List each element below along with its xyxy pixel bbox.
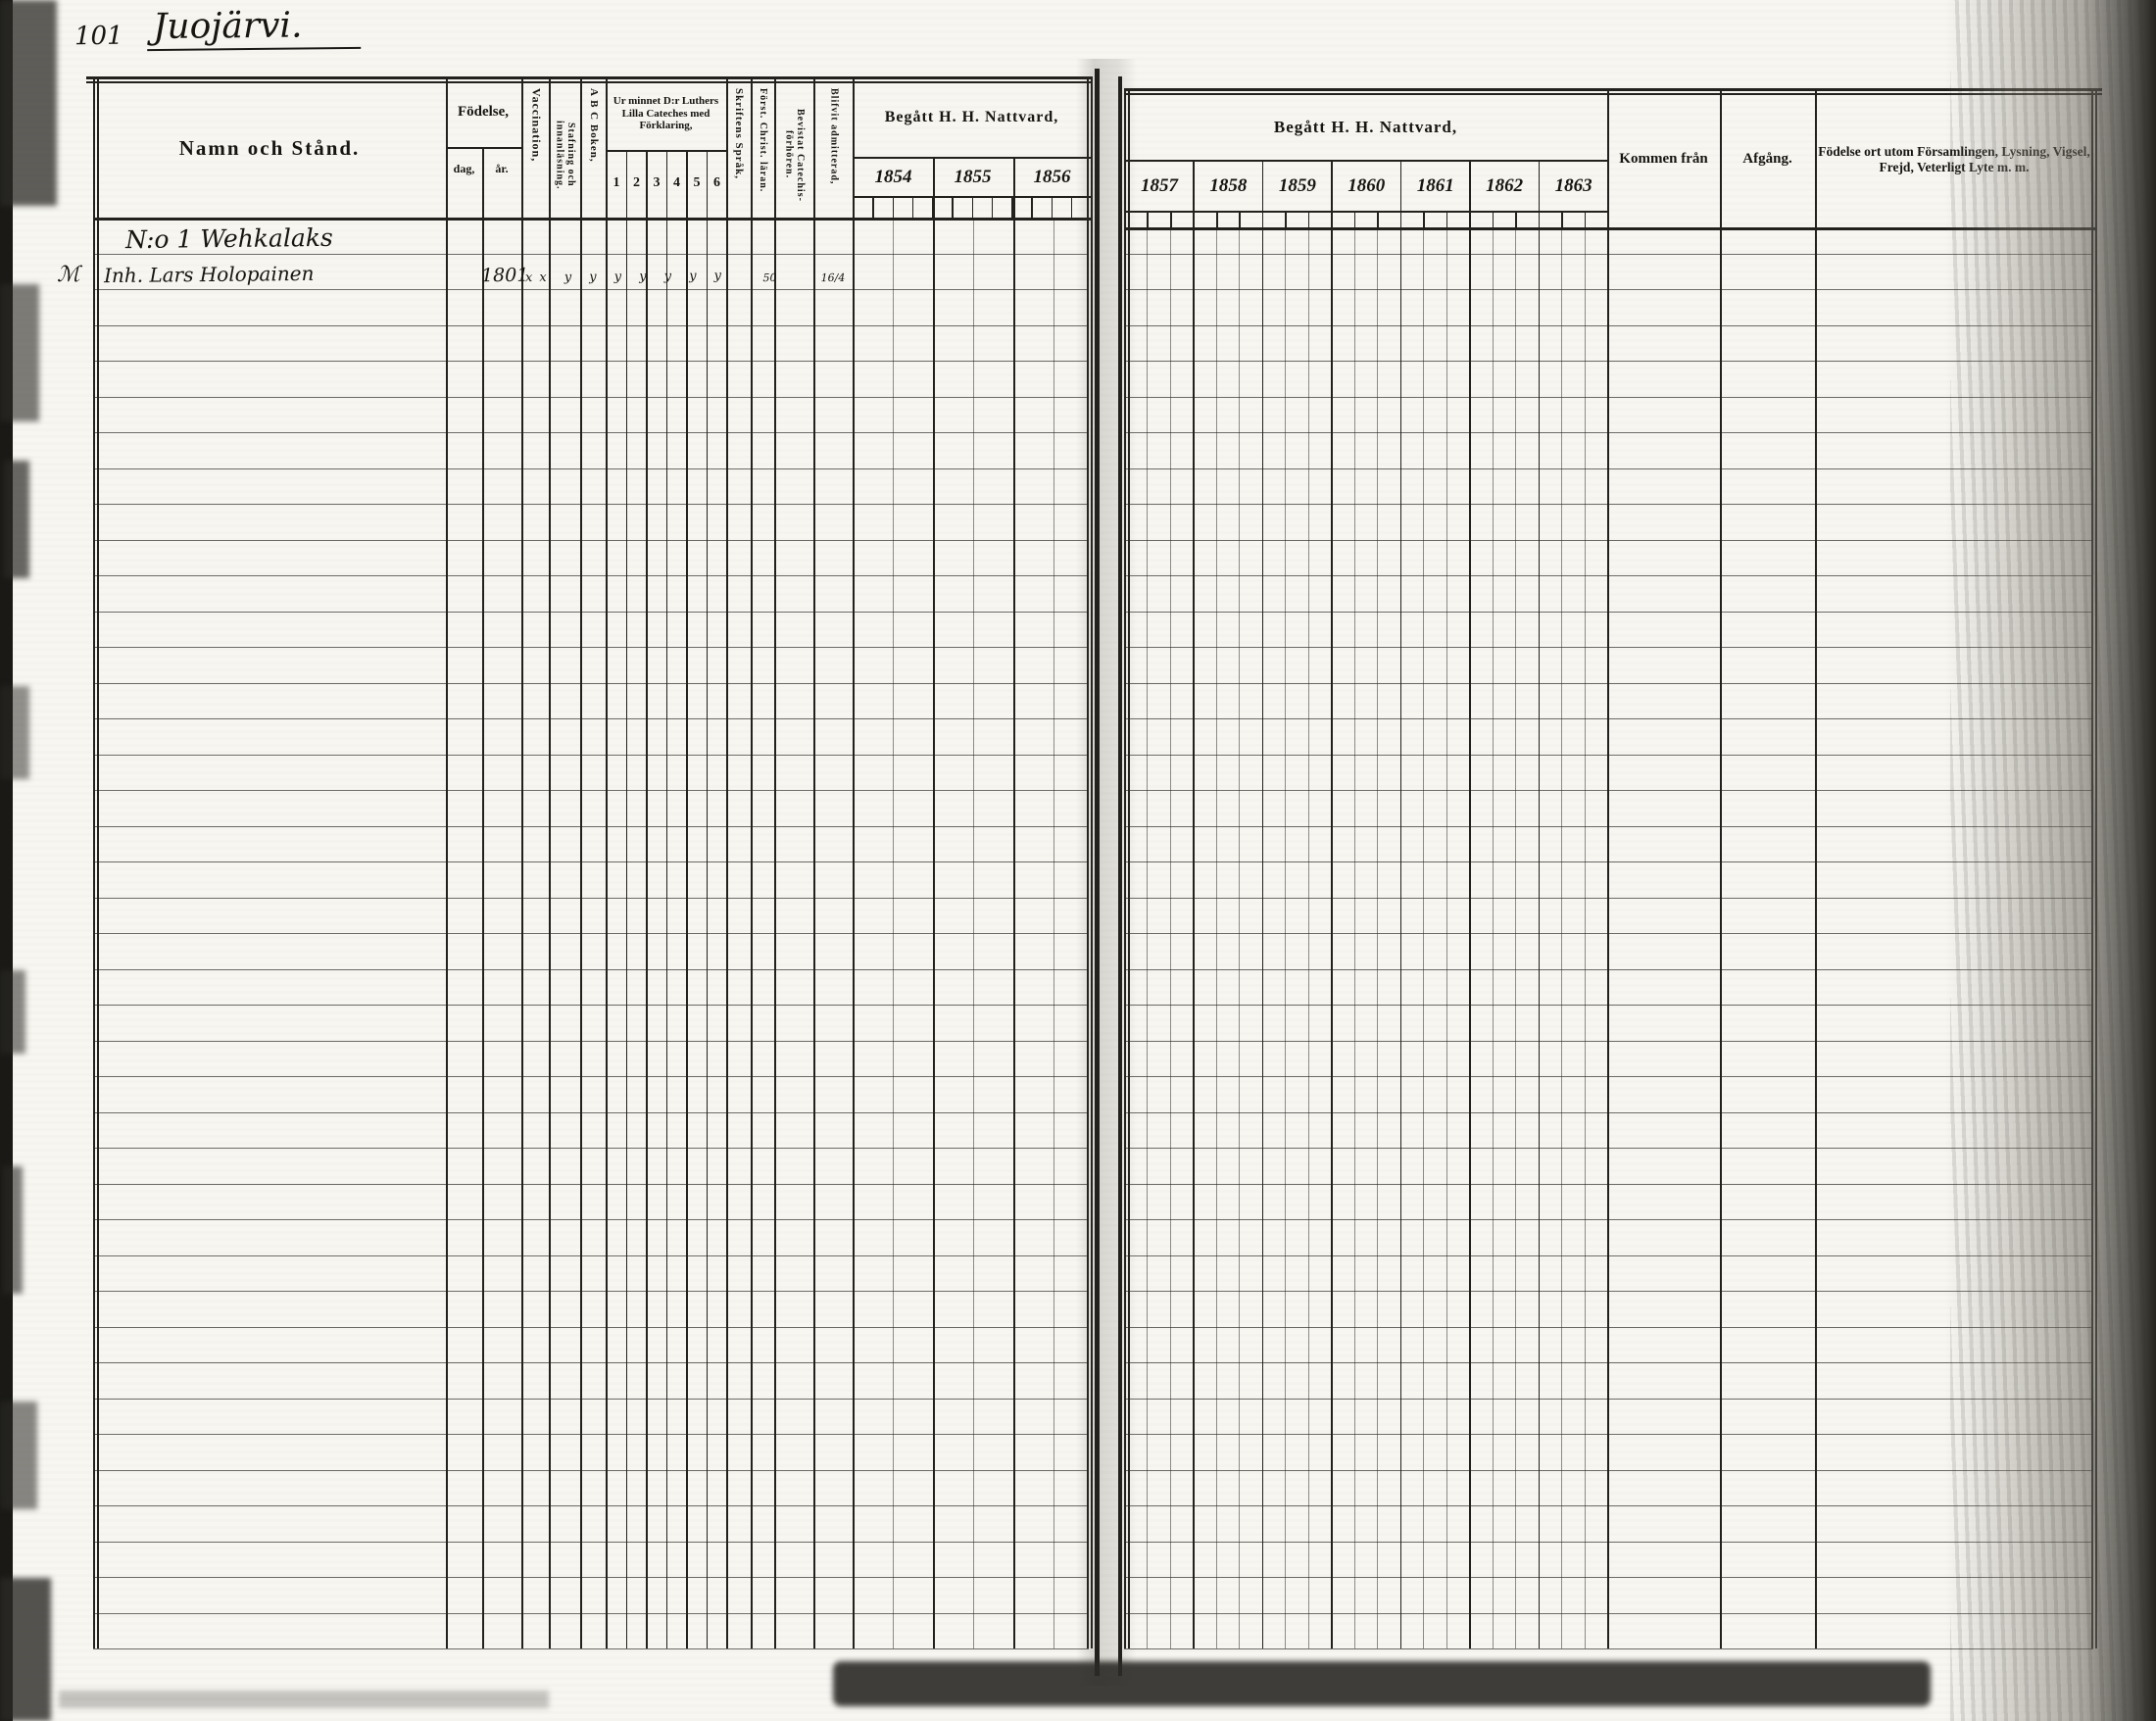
header-birth-day: dag, bbox=[447, 147, 481, 192]
rule-v bbox=[1354, 211, 1356, 227]
rule-v bbox=[1539, 160, 1541, 1648]
rule-h bbox=[1124, 1327, 2093, 1328]
scan-blotch bbox=[4, 461, 29, 578]
rule-v bbox=[751, 78, 753, 1648]
year-right-1862: 1862 bbox=[1471, 165, 1538, 208]
header-communion-left: Begått H. H. Nattvard, bbox=[855, 80, 1089, 155]
rule-h bbox=[86, 81, 1093, 83]
scan-blotch bbox=[0, 686, 29, 779]
rule-h bbox=[1124, 160, 1607, 162]
rule-h bbox=[1124, 898, 2093, 899]
rule-v bbox=[1423, 211, 1425, 227]
fold-line bbox=[1095, 69, 1100, 1676]
rule-h bbox=[1124, 1112, 2093, 1113]
rule-h bbox=[93, 612, 1089, 613]
rule-h bbox=[1124, 1255, 2093, 1256]
rule-h bbox=[93, 254, 1089, 255]
scan-blotch bbox=[0, 284, 39, 421]
rule-v bbox=[1285, 227, 1286, 1648]
rule-v bbox=[992, 196, 994, 218]
fold-line bbox=[1118, 76, 1122, 1676]
rule-h bbox=[1124, 1184, 2093, 1185]
rule-h bbox=[1124, 1005, 2093, 1006]
row-name: Inh. Lars Holopainen bbox=[104, 262, 315, 287]
rule-h bbox=[93, 504, 1089, 505]
rule-v bbox=[1128, 90, 1130, 1648]
rule-h bbox=[1124, 1291, 2093, 1292]
year-right-1857: 1857 bbox=[1126, 165, 1193, 208]
year-left-1856: 1856 bbox=[1013, 159, 1091, 196]
rule-h bbox=[1124, 1434, 2093, 1435]
rule-v bbox=[446, 78, 448, 1648]
rule-v bbox=[1377, 211, 1379, 227]
rule-h bbox=[93, 468, 1089, 469]
rule-v bbox=[1124, 90, 1126, 1648]
rule-h bbox=[93, 361, 1089, 362]
rule-h bbox=[1124, 933, 2093, 934]
rule-v bbox=[1147, 227, 1148, 1648]
rule-h bbox=[1124, 861, 2093, 862]
rule-v bbox=[1607, 90, 1609, 1648]
rule-h bbox=[1124, 1613, 2093, 1614]
rule-h bbox=[1124, 1041, 2093, 1042]
rule-h bbox=[93, 826, 1089, 827]
rule-h bbox=[93, 432, 1089, 433]
year-right-1861: 1861 bbox=[1402, 165, 1469, 208]
rule-h bbox=[1124, 969, 2093, 970]
rule-v bbox=[1239, 211, 1241, 227]
rule-h bbox=[93, 969, 1089, 970]
rule-h bbox=[93, 790, 1089, 791]
rule-v bbox=[521, 78, 523, 1648]
rule-v bbox=[1193, 160, 1195, 1648]
rule-v bbox=[646, 152, 648, 1648]
rule-v bbox=[1585, 227, 1586, 1648]
scan-edge-right-band bbox=[1945, 0, 2156, 1721]
rule-v bbox=[580, 78, 582, 1648]
rule-v bbox=[1815, 90, 1817, 1648]
rule-h bbox=[93, 861, 1089, 862]
rule-h bbox=[1124, 504, 2093, 505]
catechism-col-4: 4 bbox=[667, 153, 687, 214]
header-abc-book: A B C Boken, bbox=[581, 82, 606, 221]
rule-h bbox=[1124, 826, 2093, 827]
row-group-title: N:o 1 Wehkalaks bbox=[125, 222, 333, 253]
page-number: 101 bbox=[74, 22, 123, 52]
rule-h bbox=[1124, 718, 2093, 719]
rule-v bbox=[1216, 227, 1217, 1648]
header-birth-year: år. bbox=[483, 147, 520, 192]
rule-v bbox=[1147, 211, 1149, 227]
rule-h bbox=[1124, 211, 1607, 213]
rule-h bbox=[86, 76, 1093, 79]
rule-v bbox=[97, 78, 99, 1648]
rule-h bbox=[1124, 93, 2102, 95]
scan-blotch bbox=[0, 1578, 51, 1721]
rule-h bbox=[93, 1505, 1089, 1506]
rule-h bbox=[1124, 468, 2093, 469]
rule-h bbox=[1124, 683, 2093, 684]
rule-h bbox=[93, 647, 1089, 648]
rule-h bbox=[1124, 1076, 2093, 1077]
rule-h bbox=[93, 1076, 1089, 1077]
scan-blotch bbox=[0, 0, 57, 206]
rule-v bbox=[2091, 90, 2093, 1648]
rule-h bbox=[1124, 325, 2093, 326]
rule-h bbox=[93, 1005, 1089, 1006]
scan-blotch bbox=[0, 1401, 37, 1509]
rule-v bbox=[1515, 227, 1516, 1648]
rule-v bbox=[912, 196, 914, 218]
rule-h bbox=[1124, 1577, 2093, 1578]
rule-v bbox=[972, 196, 974, 218]
rule-v bbox=[853, 78, 855, 1648]
rule-v bbox=[813, 78, 815, 1648]
rule-h bbox=[1124, 575, 2093, 576]
rule-h bbox=[1124, 1399, 2093, 1400]
header-attended-exam: Bevistat Catechis-förhören. bbox=[776, 82, 812, 221]
catechism-col-6: 6 bbox=[708, 153, 727, 214]
rule-v bbox=[1515, 211, 1517, 227]
year-right-1859: 1859 bbox=[1264, 165, 1331, 208]
header-spelling: Stafning och innanläsning. bbox=[550, 82, 580, 221]
year-left-1854: 1854 bbox=[855, 159, 932, 196]
rule-v bbox=[1493, 227, 1494, 1648]
rule-h bbox=[93, 397, 1089, 398]
header-departure: Afgång. bbox=[1722, 94, 1813, 225]
header-came-from: Kommen från bbox=[1609, 94, 1718, 225]
catechism-col-5: 5 bbox=[687, 153, 707, 214]
row-reading-marks: xx y y y y y y y bbox=[525, 269, 725, 285]
rule-v bbox=[952, 196, 954, 218]
rule-h bbox=[1124, 755, 2093, 756]
rule-v bbox=[626, 152, 628, 1648]
rule-v bbox=[1400, 160, 1402, 1648]
rule-h bbox=[93, 1327, 1089, 1328]
rule-v bbox=[774, 78, 776, 1648]
rule-v bbox=[1308, 227, 1309, 1648]
catechism-col-3: 3 bbox=[647, 153, 666, 214]
year-right-1858: 1858 bbox=[1195, 165, 1261, 208]
rule-h bbox=[1124, 612, 2093, 613]
rule-h bbox=[1124, 540, 2093, 541]
rule-v bbox=[1031, 196, 1033, 218]
header-admitted: Blifvit admitterad, bbox=[815, 82, 852, 221]
year-right-1860: 1860 bbox=[1333, 165, 1399, 208]
rule-v bbox=[1561, 227, 1562, 1648]
rule-h bbox=[1124, 1470, 2093, 1471]
rule-h bbox=[1124, 227, 2095, 230]
rule-v bbox=[726, 78, 728, 1648]
rule-v bbox=[1469, 211, 1471, 227]
rule-v bbox=[1052, 196, 1053, 218]
rule-h bbox=[1124, 254, 2093, 255]
header-vaccination: Vaccination, bbox=[522, 82, 549, 221]
parish-name: Juojärvi. bbox=[147, 5, 362, 51]
rule-h bbox=[93, 1148, 1089, 1149]
rule-h bbox=[606, 150, 726, 152]
header-birth: Födelse, bbox=[447, 80, 519, 145]
catechism-col-2: 2 bbox=[627, 153, 647, 214]
rule-h bbox=[93, 1255, 1089, 1256]
rule-v bbox=[1013, 157, 1015, 1648]
year-right-1863: 1863 bbox=[1541, 165, 1607, 208]
row-exam: 50 bbox=[727, 271, 812, 285]
rule-h bbox=[93, 218, 1091, 221]
rule-h bbox=[1124, 1648, 2093, 1649]
rule-v bbox=[1539, 211, 1541, 227]
rule-h bbox=[93, 933, 1089, 934]
rule-h bbox=[1124, 790, 2093, 791]
rule-h bbox=[93, 1291, 1089, 1292]
rule-v bbox=[1493, 211, 1494, 227]
rule-h bbox=[93, 540, 1089, 541]
rule-v bbox=[1087, 78, 1089, 1648]
rule-v bbox=[1331, 160, 1333, 1648]
rule-v bbox=[1354, 227, 1355, 1648]
rule-v bbox=[1170, 227, 1171, 1648]
rule-h bbox=[93, 1577, 1089, 1578]
rule-v bbox=[1239, 227, 1240, 1648]
rule-h bbox=[93, 325, 1089, 326]
rule-h bbox=[853, 196, 1091, 198]
rule-h bbox=[93, 1470, 1089, 1471]
rule-v bbox=[1377, 227, 1378, 1648]
header-communion-right: Begått H. H. Nattvard, bbox=[1126, 94, 1605, 160]
row-margin-mark: ℳ bbox=[57, 263, 80, 287]
scan-bottom-smudge bbox=[833, 1661, 1931, 1706]
year-left-1855: 1855 bbox=[934, 159, 1011, 196]
rule-h bbox=[93, 755, 1089, 756]
rule-v bbox=[1262, 160, 1264, 1648]
header-scripture: Skriftens Språk, bbox=[727, 82, 750, 221]
rule-v bbox=[1446, 211, 1448, 227]
rule-h bbox=[1124, 1362, 2093, 1363]
rule-v bbox=[1561, 211, 1563, 227]
rule-v bbox=[549, 78, 551, 1648]
rule-h bbox=[93, 1041, 1089, 1042]
rule-h bbox=[93, 289, 1089, 290]
header-catechism: Ur minnet D:r Luthers Lilla Cateches med… bbox=[608, 82, 724, 145]
rule-h bbox=[93, 718, 1089, 719]
scan-blotch bbox=[0, 970, 25, 1054]
rule-v bbox=[1423, 227, 1424, 1648]
rule-v bbox=[1446, 227, 1447, 1648]
rule-v bbox=[1091, 78, 1093, 1648]
rule-h bbox=[93, 1184, 1089, 1185]
rule-h bbox=[1124, 432, 2093, 433]
row-birth-year: 1801 bbox=[481, 265, 520, 286]
rule-v bbox=[1285, 211, 1287, 227]
rule-v bbox=[1193, 211, 1195, 227]
rule-h bbox=[1124, 289, 2093, 290]
rule-h bbox=[93, 683, 1089, 684]
rule-v bbox=[93, 78, 95, 1648]
rule-h bbox=[1124, 647, 2093, 648]
rule-v bbox=[1308, 211, 1310, 227]
row-admitted: 16/4 bbox=[814, 271, 852, 284]
rule-v bbox=[1262, 211, 1264, 227]
rule-h bbox=[93, 1648, 1089, 1649]
rule-h bbox=[1124, 88, 2102, 91]
scan-bottom-smudge bbox=[59, 1691, 549, 1708]
rule-h bbox=[1124, 1219, 2093, 1220]
rule-v bbox=[1170, 211, 1172, 227]
rule-v bbox=[1400, 211, 1402, 227]
rule-v bbox=[893, 196, 895, 218]
catechism-col-1: 1 bbox=[607, 153, 626, 214]
scan-edge-right-texture bbox=[1950, 0, 2156, 1721]
rule-h bbox=[1124, 1542, 2093, 1543]
rule-h bbox=[93, 898, 1089, 899]
rule-v bbox=[707, 152, 709, 1648]
scan-blotch bbox=[3, 1166, 23, 1294]
rule-h bbox=[93, 1362, 1089, 1363]
rule-v bbox=[1216, 211, 1218, 227]
rule-v bbox=[872, 196, 874, 218]
rule-h bbox=[93, 1613, 1089, 1614]
rule-h bbox=[93, 575, 1089, 576]
header-remarks: Födelse ort utom Församlingen, Lysning, … bbox=[1817, 94, 2091, 225]
rule-h bbox=[1124, 1505, 2093, 1506]
rule-h bbox=[93, 1219, 1089, 1220]
rule-v bbox=[933, 157, 935, 1648]
rule-h bbox=[1124, 397, 2093, 398]
rule-h bbox=[93, 1434, 1089, 1435]
header-name-col: Namn och Stånd. bbox=[95, 80, 444, 216]
rule-v bbox=[1585, 211, 1587, 227]
rule-v bbox=[1469, 160, 1471, 1648]
header-first-christ: Först. Christ. läran. bbox=[752, 82, 773, 221]
rule-v bbox=[1071, 196, 1073, 218]
rule-h bbox=[1124, 1148, 2093, 1149]
rule-h bbox=[446, 147, 521, 149]
rule-v bbox=[606, 78, 608, 1648]
rule-h bbox=[93, 1112, 1089, 1113]
rule-h bbox=[93, 1399, 1089, 1400]
rule-v bbox=[1331, 211, 1333, 227]
scanned-register-page: 101 Juojärvi. Namn och Stånd. Födelse, d… bbox=[0, 0, 2156, 1721]
rule-v bbox=[1720, 90, 1722, 1648]
rule-v bbox=[666, 152, 668, 1648]
rule-v bbox=[686, 152, 688, 1648]
rule-h bbox=[93, 1542, 1089, 1543]
rule-v bbox=[2095, 90, 2097, 1648]
rule-h bbox=[1124, 361, 2093, 362]
